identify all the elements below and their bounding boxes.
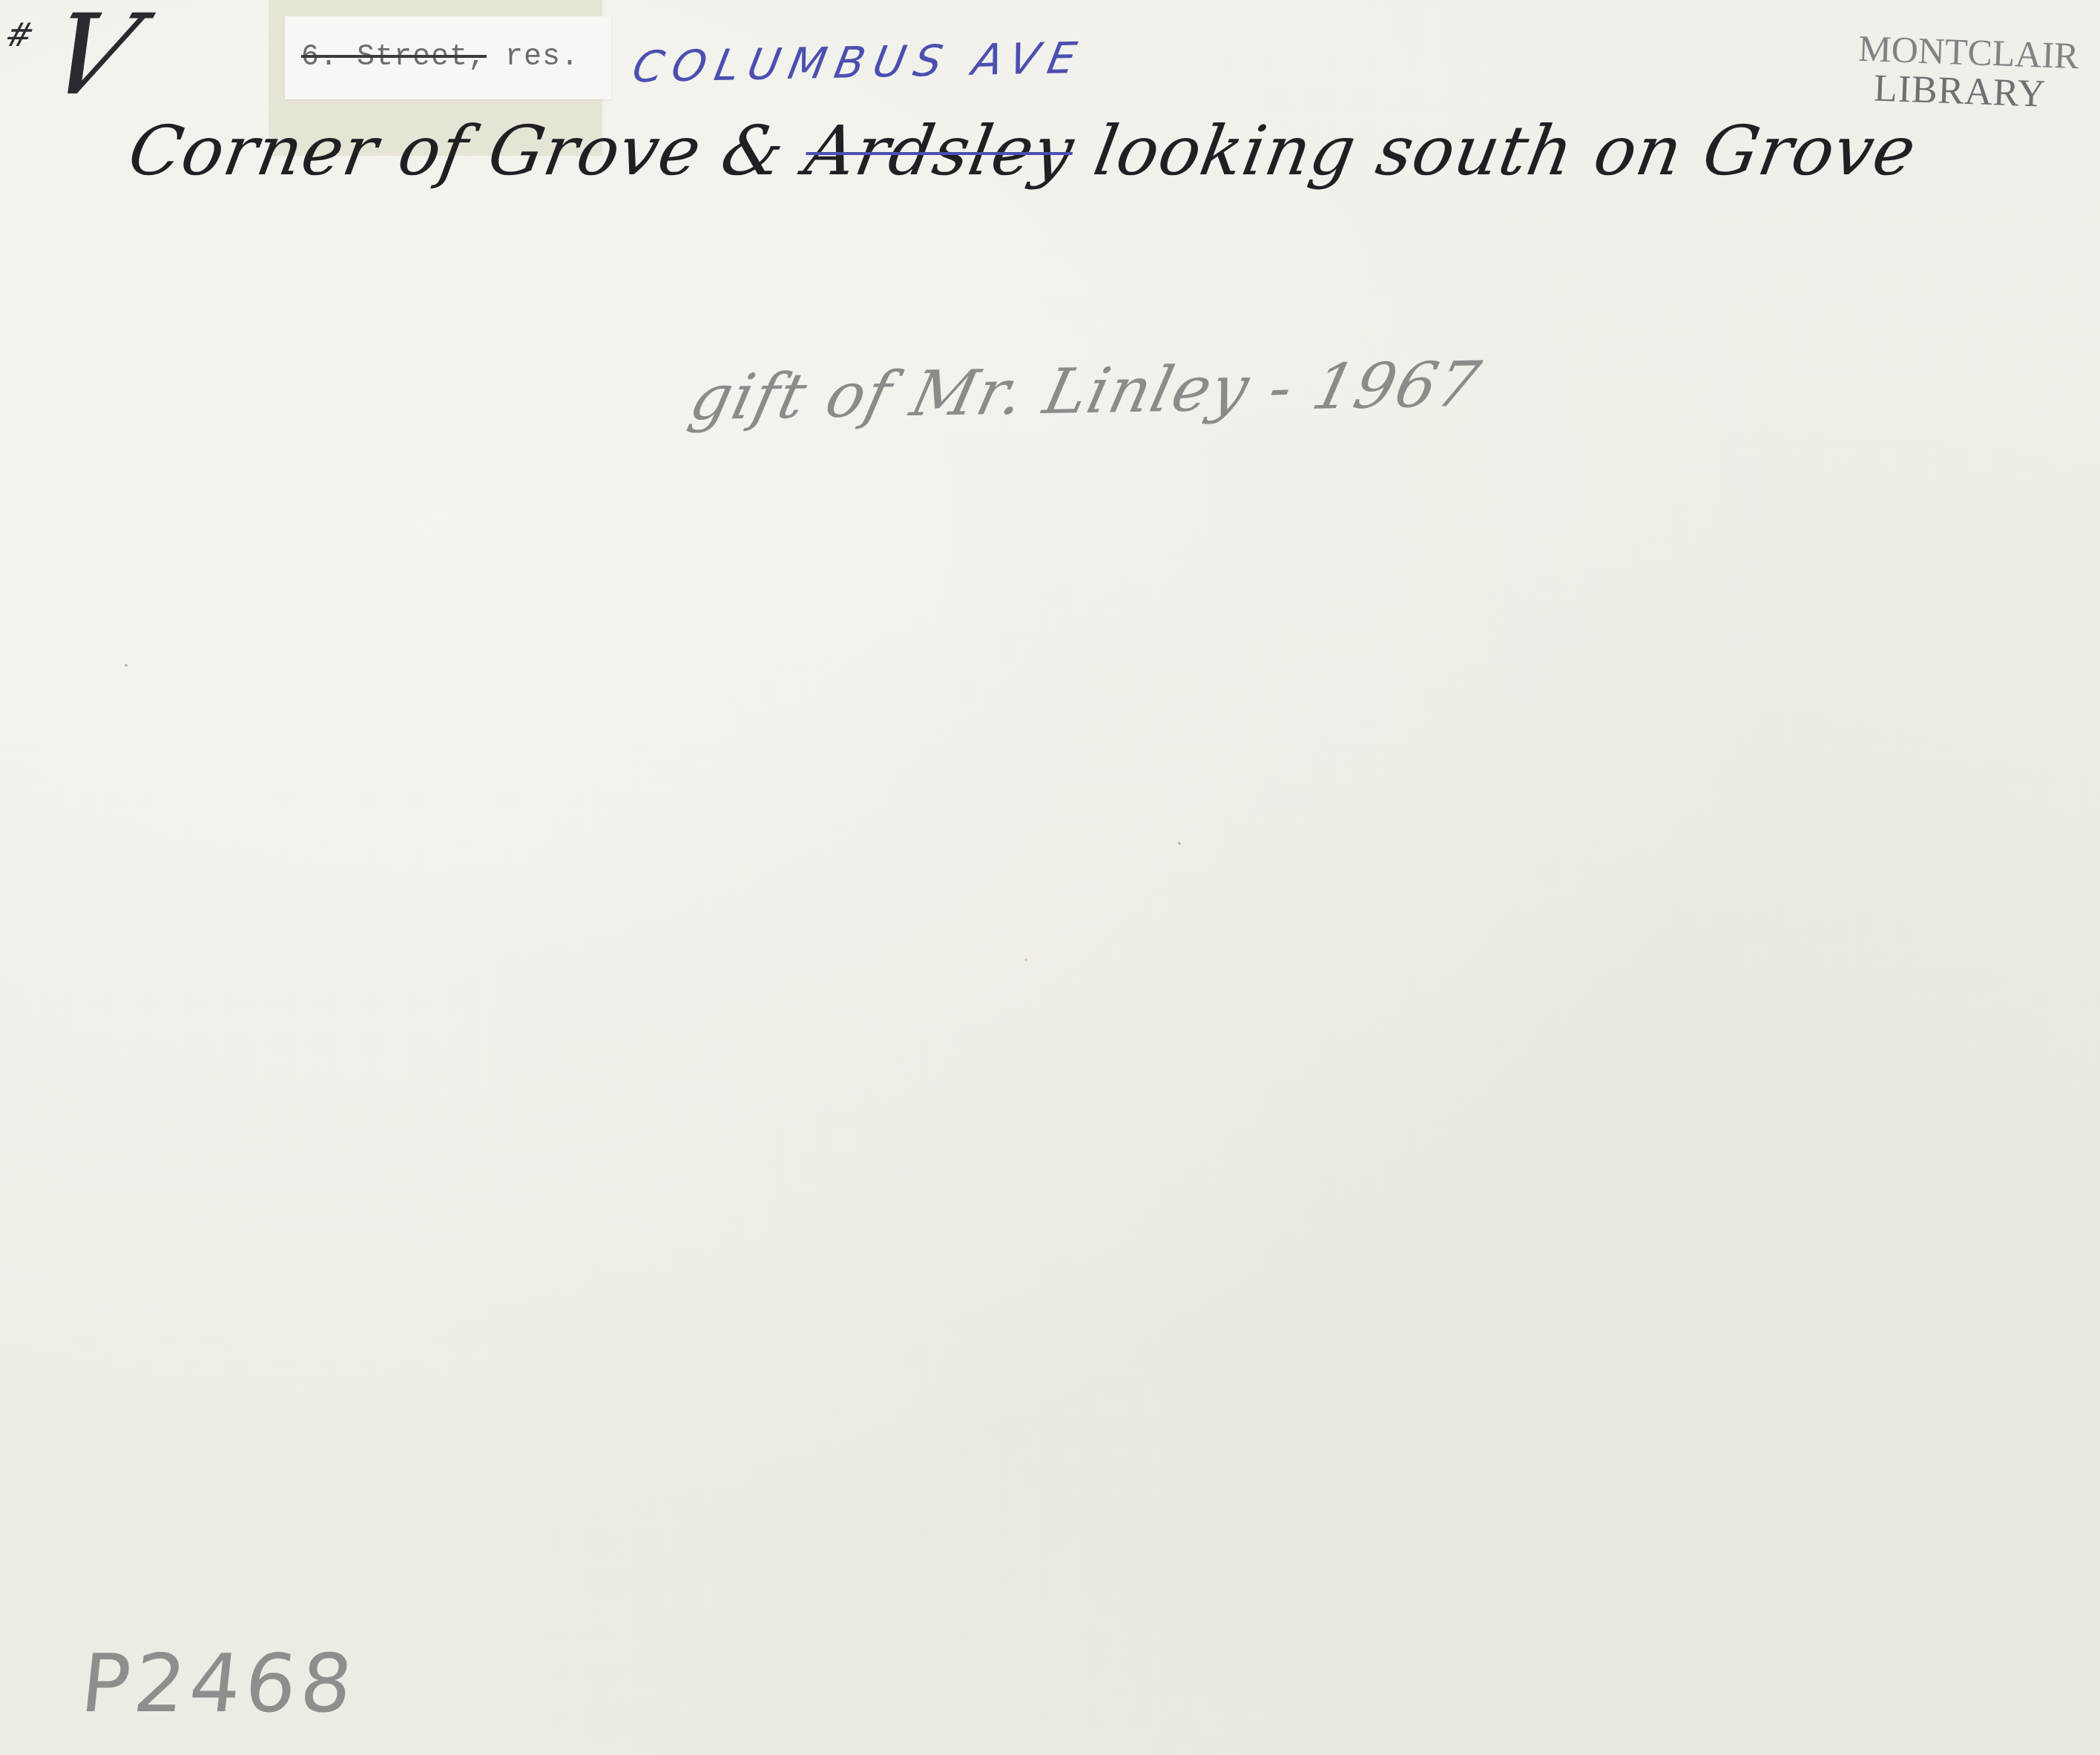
hash-mark: # bbox=[1, 16, 39, 54]
handwritten-caption: CornerofGrove&Ardsleylooking south on Gr… bbox=[123, 111, 1923, 191]
typed-res-text: res. bbox=[505, 41, 579, 74]
caption-rest: looking south on Grove bbox=[1088, 111, 1922, 191]
paper-speck bbox=[1178, 842, 1181, 845]
typed-label-text: 6. Street, res. bbox=[301, 41, 579, 74]
paper-speck bbox=[125, 664, 128, 667]
stamp-line-1: MONTCLAIR bbox=[1846, 28, 2092, 76]
caption-word: of bbox=[392, 111, 474, 191]
street-correction-note: COLUMBUS AVE bbox=[628, 33, 1089, 93]
photo-back-document: { "document": { "type": "archival photog… bbox=[0, 0, 2100, 1755]
catalog-number: P2468 bbox=[76, 1638, 361, 1731]
caption-word: & bbox=[716, 111, 791, 191]
gift-note: gift of Mr. Linley - 1967 bbox=[683, 348, 1487, 434]
paper-speck bbox=[1024, 958, 1027, 961]
library-stamp: MONTCLAIR LIBRARY bbox=[1844, 28, 2092, 116]
typed-label-slip: 6. Street, res. bbox=[285, 16, 611, 99]
caption-word: Corner bbox=[123, 111, 384, 191]
caption-word: Grove bbox=[482, 111, 707, 191]
struck-caption-word: Ardsley bbox=[800, 111, 1080, 191]
roman-numeral: V bbox=[34, 0, 148, 111]
struck-typed-text: 6. Street, bbox=[301, 41, 487, 74]
